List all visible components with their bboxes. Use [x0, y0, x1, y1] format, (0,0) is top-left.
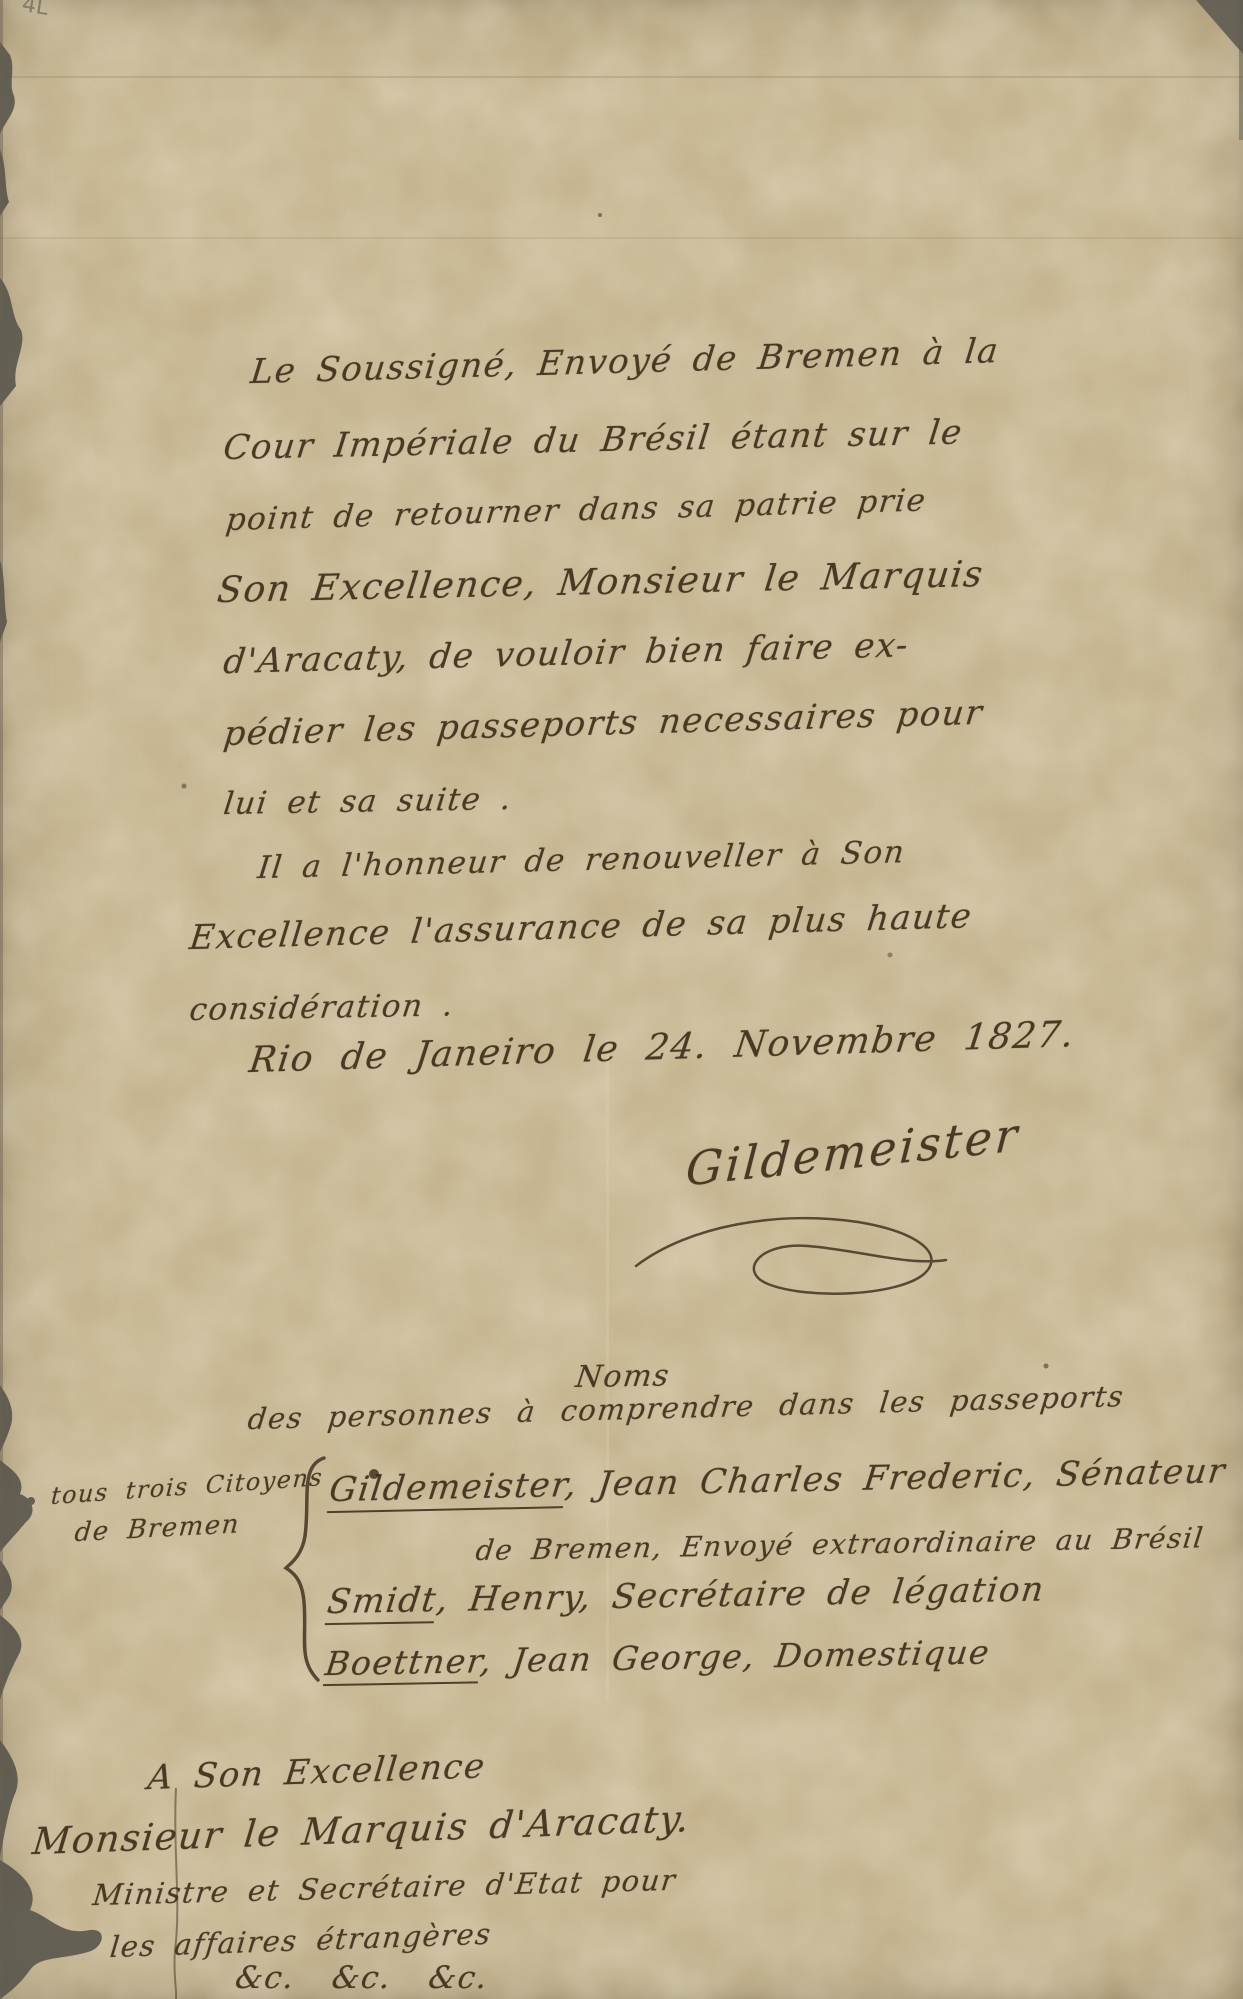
- address-line: Monsieur le Marquis d'Aracaty.: [30, 1797, 692, 1863]
- entry-details: , Henry, Secrétaire de légation: [434, 1569, 1047, 1620]
- letter-line: pédier les passeports necessaires pour: [221, 693, 985, 754]
- passport-entry: Smidt, Henry, Secrétaire de légation: [325, 1569, 1047, 1622]
- entry-details: , Jean Charles Frederic, Sénateur: [563, 1451, 1228, 1505]
- letter-line: Cour Impériale du Brésil étant sur le: [221, 413, 965, 469]
- entry-details: , Jean George, Domestique: [478, 1632, 992, 1680]
- fold-crease: [0, 76, 1243, 78]
- binding-residue: [0, 0, 1243, 1999]
- passport-entry-continuation: de Bremen, Envoyé extraordinaire au Brés…: [474, 1521, 1206, 1567]
- letter-line: Excellence l'assurance de sa plus haute: [187, 896, 974, 958]
- letter-line: lui et sa suite .: [222, 781, 515, 822]
- address-line: Ministre et Secrétaire d'Etat pour: [91, 1863, 678, 1912]
- letter-line: considération .: [188, 987, 457, 1028]
- letter-line: Le Soussigné, Envoyé de Bremen à la: [248, 331, 1001, 392]
- names-heading: Noms: [574, 1358, 672, 1395]
- ink-speck: [1044, 1364, 1049, 1369]
- passport-entry: Boettner, Jean George, Domestique: [323, 1632, 992, 1683]
- ink-speck: [182, 784, 187, 789]
- ink-speck: [598, 213, 602, 217]
- entry-surname: Smidt: [325, 1580, 440, 1625]
- ink-speck: [888, 953, 893, 958]
- paper-texture: [0, 0, 1243, 1999]
- fold-crease: [0, 237, 1243, 239]
- address-line: &c. &c. &c.: [233, 1960, 491, 1996]
- signature-flourish: [628, 1196, 958, 1316]
- letter-line: Il a l'honneur de renouveller à Son: [256, 834, 908, 886]
- manuscript-page: 4L Le Soussigné, Envoyé de Bremen à la C…: [0, 0, 1243, 1999]
- names-subheading: des personnes à comprendre dans les pass…: [246, 1379, 1126, 1436]
- margin-note: de Bremen: [73, 1509, 241, 1548]
- entry-surname: Boettner: [323, 1641, 483, 1686]
- top-right-corner-shadow: [1196, 0, 1243, 54]
- letter-line: Son Excellence, Monsieur le Marquis: [215, 554, 986, 611]
- entry-surname: Gildemeister: [327, 1465, 568, 1513]
- letter-line: point de retourner dans sa patrie prie: [224, 482, 929, 538]
- pencil-mark: 4L: [20, 0, 50, 21]
- signature: Gildemeister: [684, 1107, 1022, 1197]
- letter-line: d'Aracaty, de vouloir bien faire ex-: [221, 625, 911, 682]
- margin-note: tous trois Citoyens: [50, 1463, 324, 1510]
- address-line: les affaires étrangères: [108, 1917, 493, 1964]
- passport-entry: Gildemeister, Jean Charles Frederic, Sén…: [327, 1451, 1228, 1510]
- address-line: A Son Excellence: [146, 1746, 488, 1798]
